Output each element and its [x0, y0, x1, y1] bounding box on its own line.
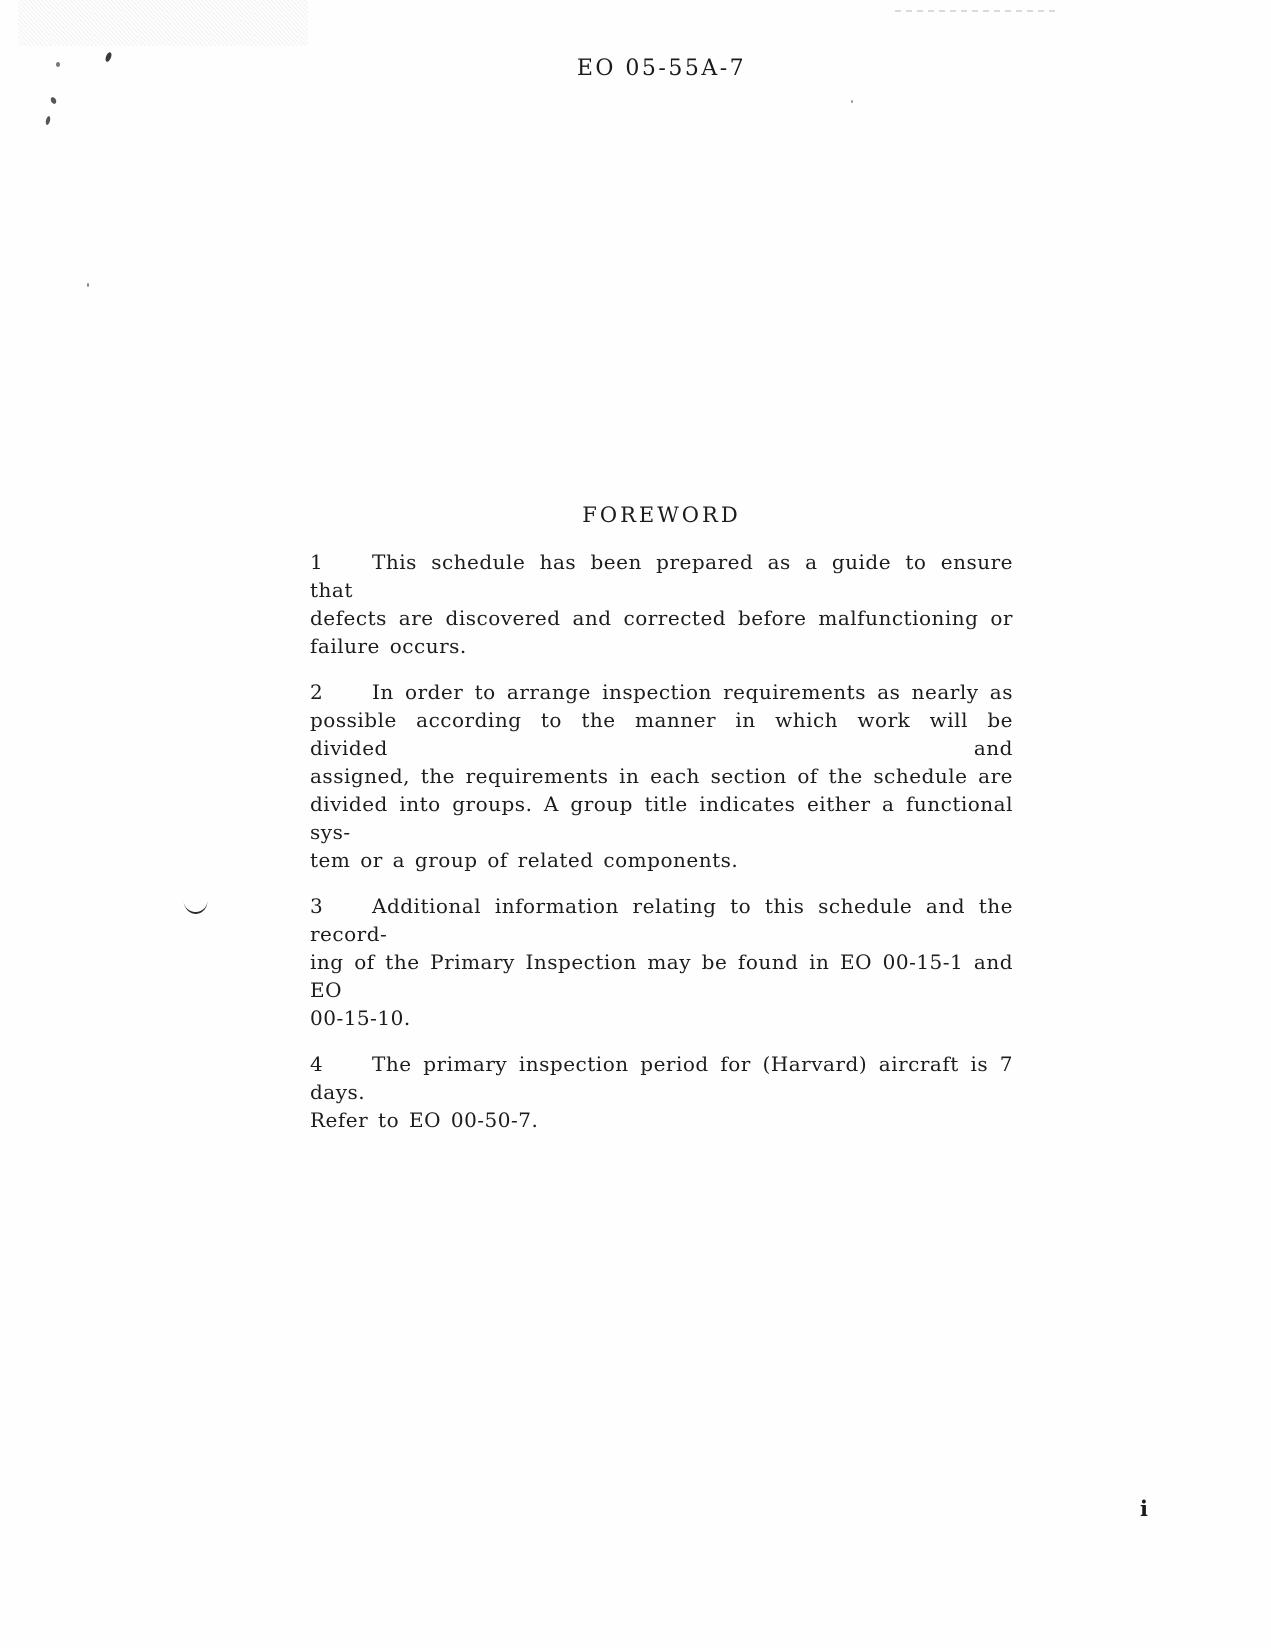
paragraph-line: ing of the Primary Inspection may be fou… [310, 948, 1013, 1004]
paragraph-3: 3Additional information relating to this… [310, 892, 1013, 1032]
paragraph-number: 4 [310, 1050, 372, 1078]
paragraph-line: 3Additional information relating to this… [310, 892, 1013, 948]
paragraph-1: 1This schedule has been prepared as a gu… [310, 548, 1013, 660]
paragraph-line: failure occurs. [310, 632, 1013, 660]
document-page: EO 05-55A-7 FOREWORD 1This schedule has … [0, 0, 1271, 1648]
scan-speck [50, 96, 58, 105]
paragraph-line: possible according to the manner in whic… [310, 706, 1013, 762]
scan-speck [104, 51, 112, 62]
paragraph-line: assigned, the requirements in each secti… [310, 762, 1013, 790]
paragraph-text: In order to arrange inspection requireme… [372, 680, 1013, 704]
paragraph-line: tem or a group of related components. [310, 846, 1013, 874]
paragraph-text: This schedule has been prepared as a gui… [310, 550, 1013, 602]
scan-smudge [18, 0, 308, 46]
paragraph-line: defects are discovered and corrected bef… [310, 604, 1013, 632]
page-number: i [1140, 1496, 1148, 1521]
scan-speck [851, 100, 853, 103]
paragraph-line: Refer to EO 00-50-7. [310, 1106, 1013, 1134]
paragraph-2: 2In order to arrange inspection requirem… [310, 678, 1013, 874]
page-title: FOREWORD [310, 503, 1013, 527]
paragraph-text: The primary inspection period for (Harva… [310, 1052, 1013, 1104]
paragraph-line: divided into groups. A group title indic… [310, 790, 1013, 846]
document-header: EO 05-55A-7 [310, 56, 1013, 81]
paragraph-line: 00-15-10. [310, 1004, 1013, 1032]
scan-speck [56, 62, 60, 67]
scan-speck [87, 283, 89, 287]
paragraph-number: 2 [310, 678, 372, 706]
paragraph-4: 4The primary inspection period for (Harv… [310, 1050, 1013, 1134]
scan-noise-dashes [895, 10, 1060, 12]
scan-speck [45, 116, 51, 126]
pen-mark [184, 898, 209, 915]
body-text: 1This schedule has been prepared as a gu… [310, 548, 1013, 1152]
paragraph-number: 1 [310, 548, 372, 576]
paragraph-number: 3 [310, 892, 372, 920]
paragraph-line: 1This schedule has been prepared as a gu… [310, 548, 1013, 604]
paragraph-line: 2In order to arrange inspection requirem… [310, 678, 1013, 706]
paragraph-line: 4The primary inspection period for (Harv… [310, 1050, 1013, 1106]
paragraph-text: Additional information relating to this … [310, 894, 1013, 946]
